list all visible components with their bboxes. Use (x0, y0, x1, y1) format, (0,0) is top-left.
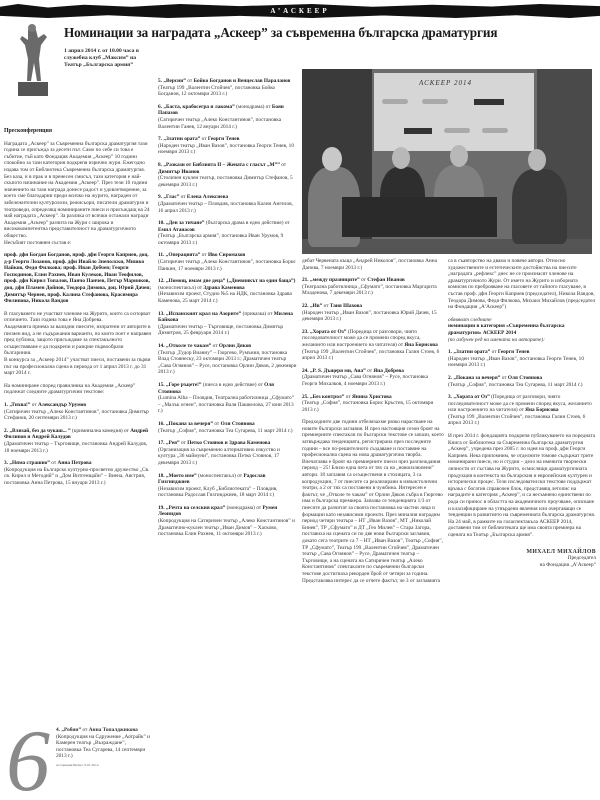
nominee-item: 1. „Златни ората” от Георги Тенев(Народе… (448, 349, 596, 369)
nomination-item: 12. „Помощ, имам две деца” („Дневникът н… (158, 278, 298, 304)
continuation-text: дебат Червената къща „Андрей Николов”, п… (302, 258, 444, 271)
footnote: Асоциация Бизнес 9.01.2014 (56, 762, 152, 769)
masthead: А’АСКЕЕР (0, 4, 600, 18)
nomination-item: 21. „между празниците” от Стефан Иванов(… (302, 277, 444, 297)
event-info: 1 април 2014 г. от 10.00 часа в служебна… (64, 48, 154, 69)
nomination-item: 17. „Рея” от Петко Стоянов и Здрава Каме… (158, 440, 298, 466)
nomination-item: 16. „Покана за вечеря” от Оля Стоянова(Т… (158, 421, 298, 434)
page-number: 6 (6, 722, 50, 800)
jury-intro: Несъбият постоянен състав е: (4, 240, 152, 247)
nomination-item: 19. „Речта на селския крал” (монодрама) … (158, 505, 298, 538)
nomination-item: 25. „Без контрол” от Янина Христова(Теат… (302, 394, 444, 414)
nomination-item: 24. „P. S. Дъщеря ми, Ана” от Яна Добрев… (302, 368, 444, 388)
nomination-intro: На номиниране според правилника на Акаде… (4, 383, 152, 396)
nomination-item: 1. „Тихва!” от Александър Урумов (Сатири… (4, 402, 152, 422)
continuation-text: са в съавторство на двама и повече автор… (448, 258, 596, 311)
nomination-item: 5. „Версии” от Бойко Богданов и Венцесла… (158, 78, 298, 98)
nomination-item: 8. „Разкази от Библията II – Жената с гл… (158, 162, 298, 188)
nominee-item: 2. „Покана за вечеря” от Оля Стоянова(Те… (448, 375, 596, 388)
press-conference-photo: АСКЕЕР 2014 (302, 69, 592, 254)
nomination-item: 22. „Ив” от Таня Шахова(Народен театър „… (302, 303, 444, 323)
announce-title: номинации в категория «Съвременна българ… (448, 323, 596, 336)
askeer-statue-icon (10, 22, 55, 97)
nomination-item: 23. „Хората от Оз” (Поредица от разговор… (302, 329, 444, 362)
nomination-item: 6. „Баста, крабосегра и лакома” (монодра… (158, 104, 298, 130)
nomination-item: 4. „Робин” от Анна Топалджикова (Копроду… (56, 727, 152, 769)
contest-note: В конкурса за „Аскеер 2014” участват пие… (4, 357, 152, 377)
nomination-item: 7. „Златни ората” от Георги Тенев(Народе… (158, 136, 298, 156)
jury-list: проф. дфн Богдан Богданов, проф. дфн Гео… (4, 252, 152, 305)
nomination-item: 18. „Моето име” (моноспектакъл) от Радос… (158, 473, 298, 499)
nomination-item: 14. „Отколе те чакам” от Орлин Дяков(Теа… (158, 343, 298, 376)
section-title: Пресконференция (4, 128, 152, 135)
signature: МИХАЕЛ МИХАЙЛОВ Председател на Фондация … (448, 549, 596, 569)
masthead-title: А’АСКЕЕР (270, 7, 329, 15)
column-2: 5. „Версии” от Бойко Богданов и Венцесла… (158, 78, 298, 538)
jury-note: В гласуването не участват членове на Жур… (4, 311, 152, 324)
nomination-item: 9. „Глас” от Елена Алексиева(Драматичен … (158, 194, 298, 214)
nominee-item: 3. „Хората от Оз” (Поредица от разговори… (448, 394, 596, 427)
nomination-item: 11. „Операцията” от Иво Сиромахов(Сатири… (158, 252, 298, 272)
nomination-item: 15. „Горе ръцете!” (пиеса в едно действи… (158, 382, 298, 415)
sponsor-banner: АСКЕЕР 2014 (374, 73, 534, 151)
column-4: са в съавторство на двама и повече автор… (448, 258, 596, 568)
column-1: Пресконференция Наградата „Аскеер” за Съ… (4, 128, 152, 487)
nomination-item: 2. „Влизай, без да чукаш... ” (криминалн… (4, 428, 152, 454)
page-headline: Номинации за наградата „Аскеер” за съвре… (64, 25, 600, 41)
nomination-item: 13. „Испанският крал на Азорите” (приказ… (158, 311, 298, 337)
nomination-item: 10. „Ден за тичане” (българска драма в е… (158, 220, 298, 246)
academy-note: Академията приема за валидни пиесите, из… (4, 324, 152, 357)
closing-paragraph: И през 2014 г. фондацията подкрепя публи… (448, 433, 596, 539)
analysis-paragraph: Предходните две години отбелязахме рязко… (302, 419, 444, 584)
intro-paragraph: Наградата „Аскеер” за Съвременна българс… (4, 141, 152, 240)
announce-note: (по азбучен ред на имената на авторите): (448, 337, 596, 344)
column-3: дебат Червената къща „Андрей Николов”, п… (302, 258, 444, 584)
nomination-item: 3. „Няма страшно” от Анна Петрова (Копро… (4, 460, 152, 486)
